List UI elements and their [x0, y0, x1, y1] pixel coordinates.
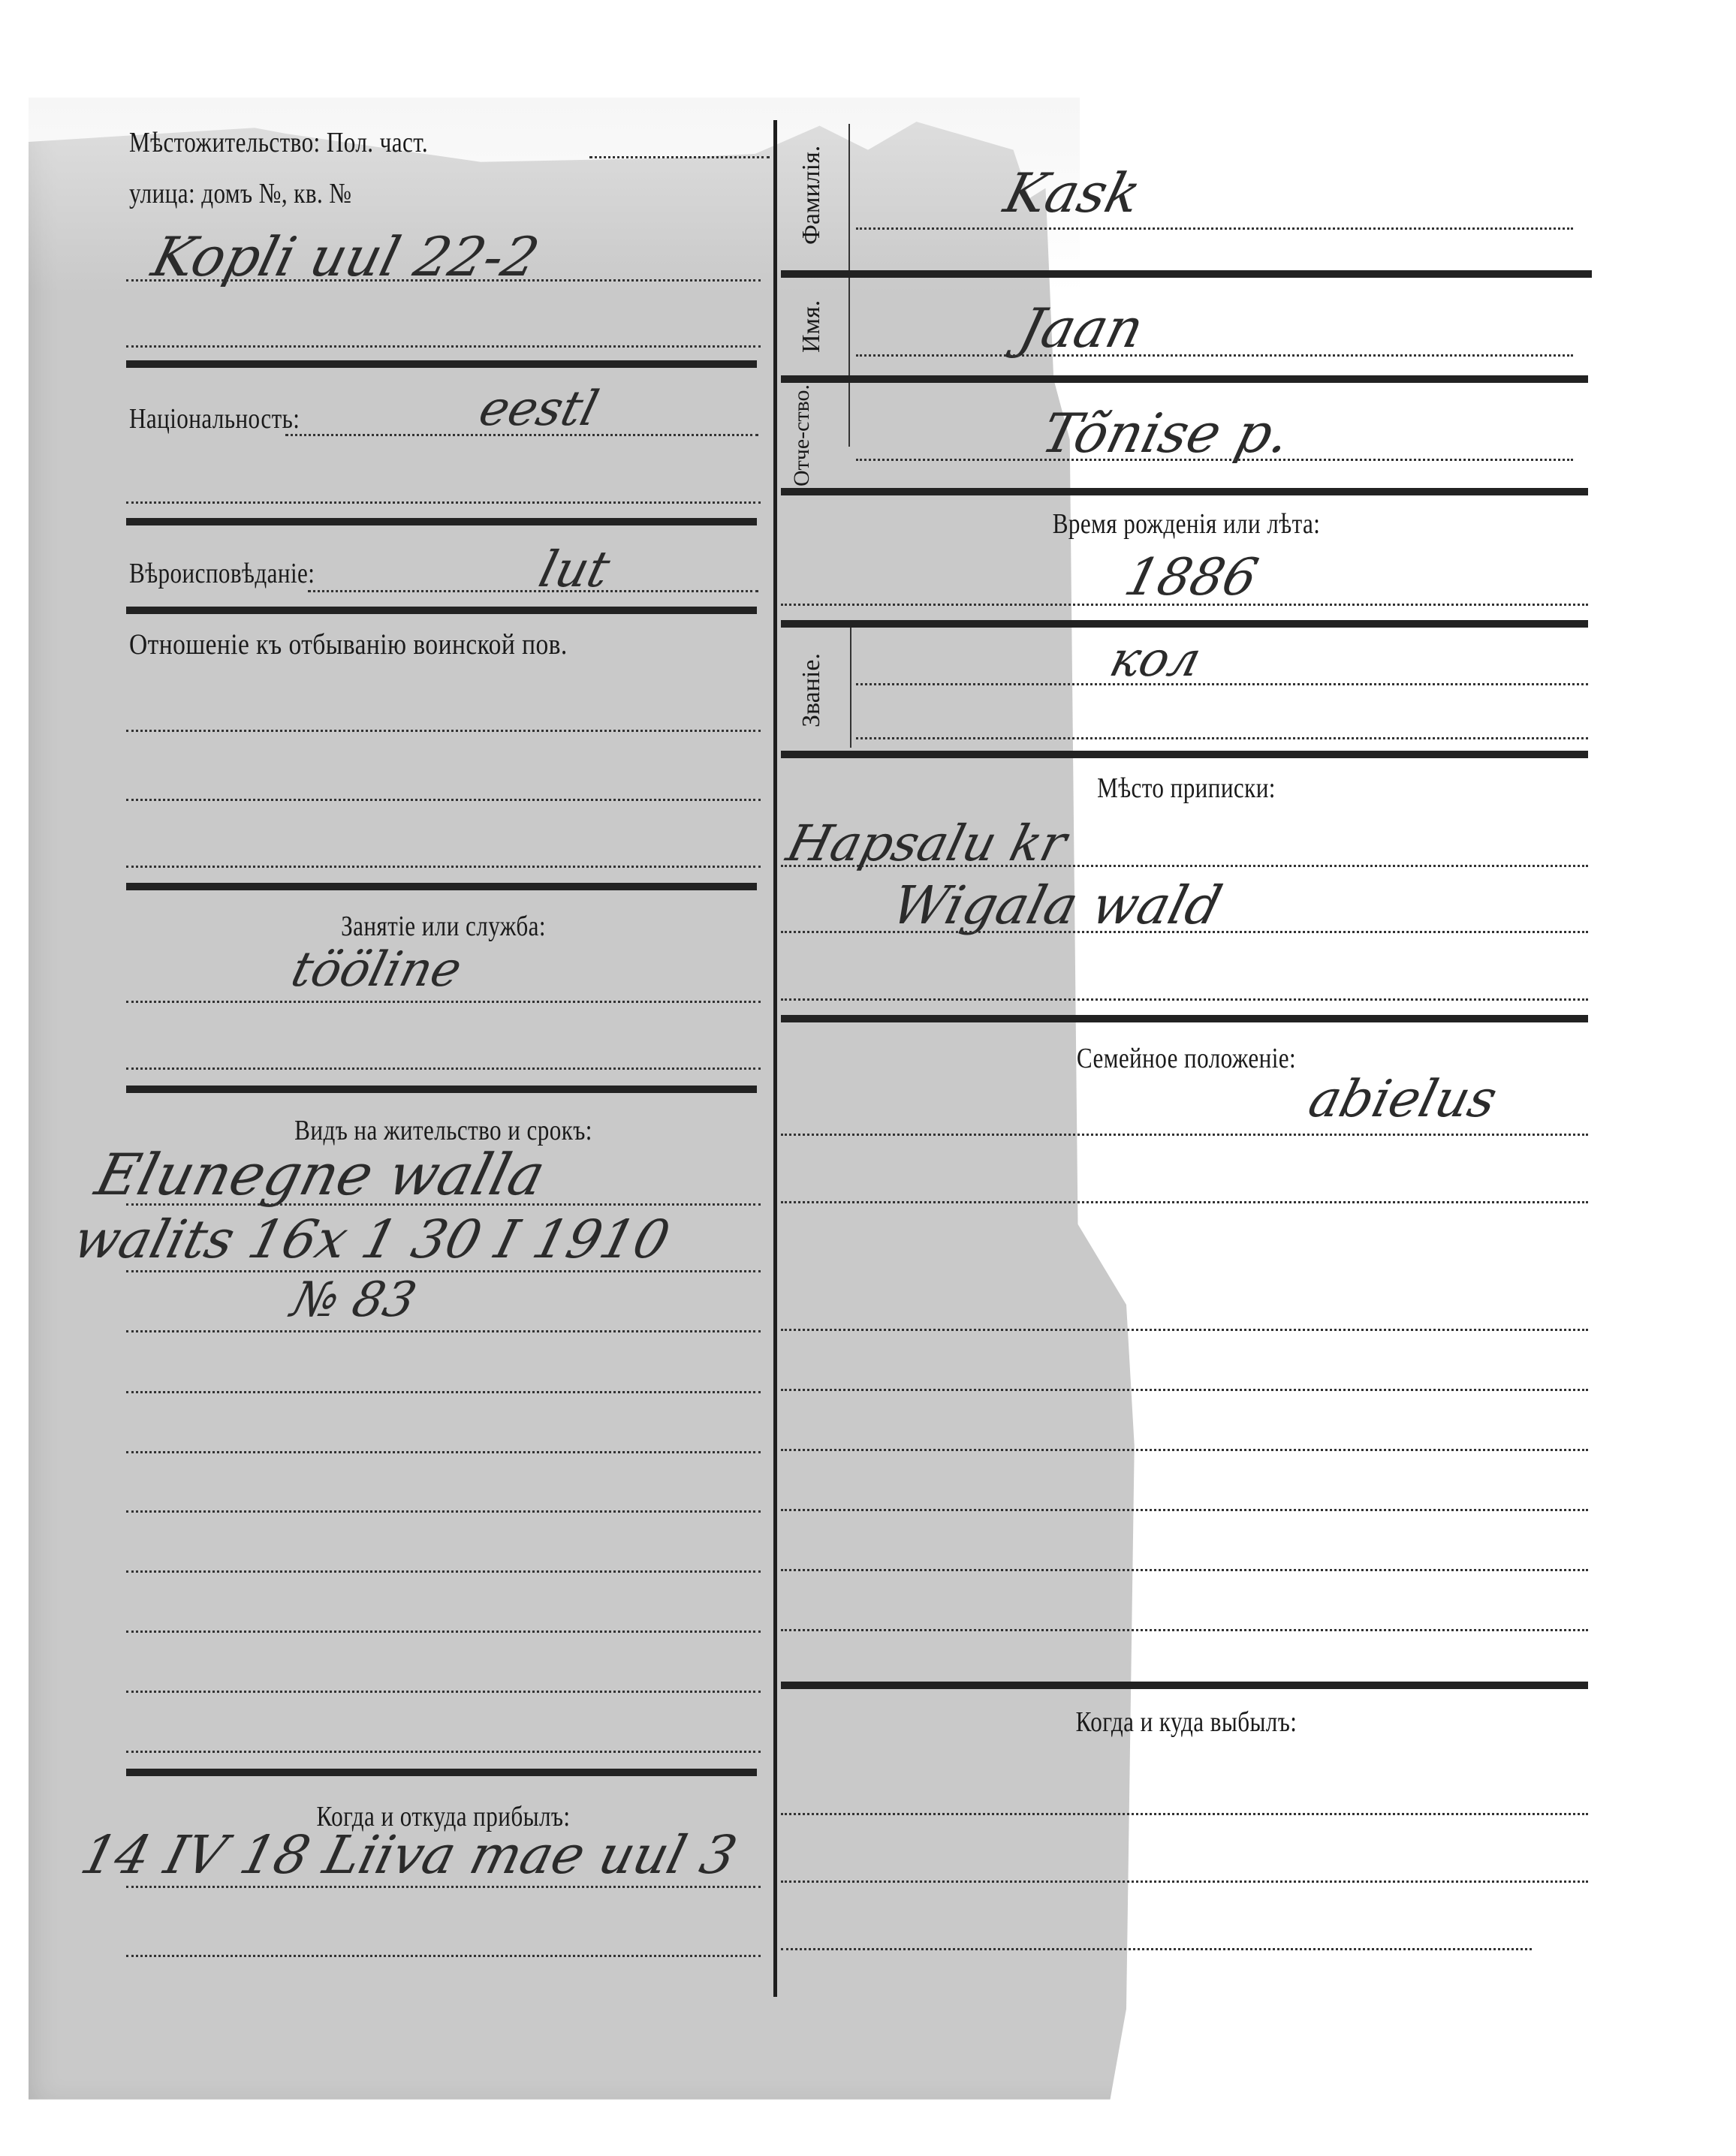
religion-dotted-line	[308, 590, 758, 592]
registration-place-label: Мѣсто приписки:	[854, 772, 1519, 805]
military-dotted-line-2	[126, 799, 761, 801]
marital-dotted-line-7	[781, 1569, 1588, 1571]
residence-dotted-line-c	[126, 345, 761, 348]
marital-dotted-line-5	[781, 1449, 1588, 1451]
permit-dotted-line-9	[126, 1691, 761, 1693]
religion-value: lut	[533, 541, 615, 598]
occupation-dotted-line-2	[126, 1067, 761, 1070]
section-rule	[781, 1015, 1588, 1022]
nationality-label: Національность:	[129, 402, 300, 435]
patronymic-value: Tõnise p.	[1036, 402, 1297, 465]
residence-permit-value-line3: № 83	[286, 1272, 422, 1328]
first-name-dotted-line	[856, 354, 1573, 357]
departed-label: Когда и куда выбылъ:	[854, 1706, 1519, 1739]
section-rule	[126, 607, 757, 614]
permit-dotted-line-7	[126, 1570, 761, 1573]
permit-dotted-line-4	[126, 1391, 761, 1393]
departed-dotted-line-2	[781, 1880, 1588, 1883]
marital-dotted-line-1	[781, 1134, 1588, 1136]
religion-label: Вѣроисповѣданіе:	[129, 557, 315, 590]
section-rule	[126, 883, 757, 890]
registration-dotted-line-3	[781, 998, 1588, 1001]
marital-dotted-line-2	[781, 1201, 1588, 1203]
permit-dotted-line-6	[126, 1510, 761, 1513]
marital-status-value: abielus	[1303, 1070, 1502, 1129]
section-rule	[126, 1769, 757, 1776]
rank-dotted-line-1	[856, 683, 1588, 685]
residence-permit-value-line1: Elunegne walla	[89, 1141, 552, 1208]
surname-dotted-line	[856, 227, 1573, 230]
residence-label: Мѣстожительство: Пол. част.	[129, 126, 428, 159]
surname-value: Kask	[999, 161, 1147, 224]
arrived-dotted-line-1	[126, 1886, 761, 1888]
permit-dotted-line-3	[126, 1330, 761, 1332]
birth-dotted-line	[781, 604, 1588, 606]
permit-dotted-line-8	[126, 1631, 761, 1633]
occupation-dotted-line-1	[126, 1001, 761, 1003]
occupation-label: Занятіе или служба:	[183, 910, 704, 943]
nationality-value: eestl	[474, 381, 604, 437]
military-dotted-line-1	[126, 730, 761, 732]
rank-strip-divider	[850, 628, 851, 748]
birth-label: Время рожденія или лѣта:	[854, 507, 1519, 541]
patronymic-dotted-line	[856, 459, 1573, 461]
section-rule	[781, 488, 1588, 495]
permit-dotted-line-5	[126, 1451, 761, 1453]
permit-dotted-line-2	[126, 1270, 761, 1272]
departed-dotted-line-1	[781, 1813, 1588, 1815]
residence-permit-value-line2: walits 16x 1 30 I 1910	[68, 1209, 676, 1270]
rank-dotted-line-2	[856, 737, 1588, 739]
street-label: улица: домъ №, кв. №	[129, 177, 352, 210]
first-name-value: Jaan	[1014, 297, 1150, 360]
section-rule	[126, 518, 757, 525]
permit-dotted-line-1	[126, 1203, 761, 1206]
marital-dotted-line-4	[781, 1389, 1588, 1391]
nationality-dotted-line-2	[126, 501, 761, 504]
marital-dotted-line-3	[781, 1329, 1588, 1331]
section-rule	[781, 751, 1588, 758]
residence-dotted-line-a	[589, 156, 770, 158]
registration-dotted-line-1	[781, 865, 1588, 867]
section-rule	[781, 375, 1588, 383]
residence-dotted-line-b	[126, 279, 761, 282]
section-rule	[781, 270, 1592, 278]
section-rule	[126, 360, 757, 368]
occupation-value: tööline	[286, 942, 467, 998]
arrived-value: 14 IV 18 Liiva mae uul 3	[75, 1824, 743, 1886]
registration-place-value-line1: Hapsalu kr	[781, 815, 1072, 872]
section-rule	[126, 1086, 757, 1093]
rank-label: Званіе.	[797, 638, 826, 743]
registration-place-value-line2: Wigala wald	[886, 875, 1228, 936]
birth-value: 1886	[1119, 548, 1264, 607]
section-rule	[781, 620, 1588, 628]
label-strip-divider	[848, 124, 850, 447]
military-service-label: Отношеніе къ отбыванію воинской пов.	[129, 628, 568, 661]
marital-dotted-line-8	[781, 1629, 1588, 1631]
section-rule	[781, 1682, 1588, 1689]
arrived-dotted-line-2	[126, 1955, 761, 1957]
registration-dotted-line-2	[781, 931, 1588, 933]
first-name-label: Имя.	[797, 282, 826, 372]
departed-dotted-line-3	[781, 1948, 1532, 1950]
surname-label: Фамилія.	[797, 128, 826, 263]
marital-dotted-line-6	[781, 1509, 1588, 1511]
military-dotted-line-3	[126, 866, 761, 868]
permit-dotted-line-10	[126, 1751, 761, 1753]
patronymic-label: Отче-ство.	[788, 383, 848, 488]
center-divider	[773, 120, 777, 1997]
rank-value: кол	[1105, 632, 1207, 688]
